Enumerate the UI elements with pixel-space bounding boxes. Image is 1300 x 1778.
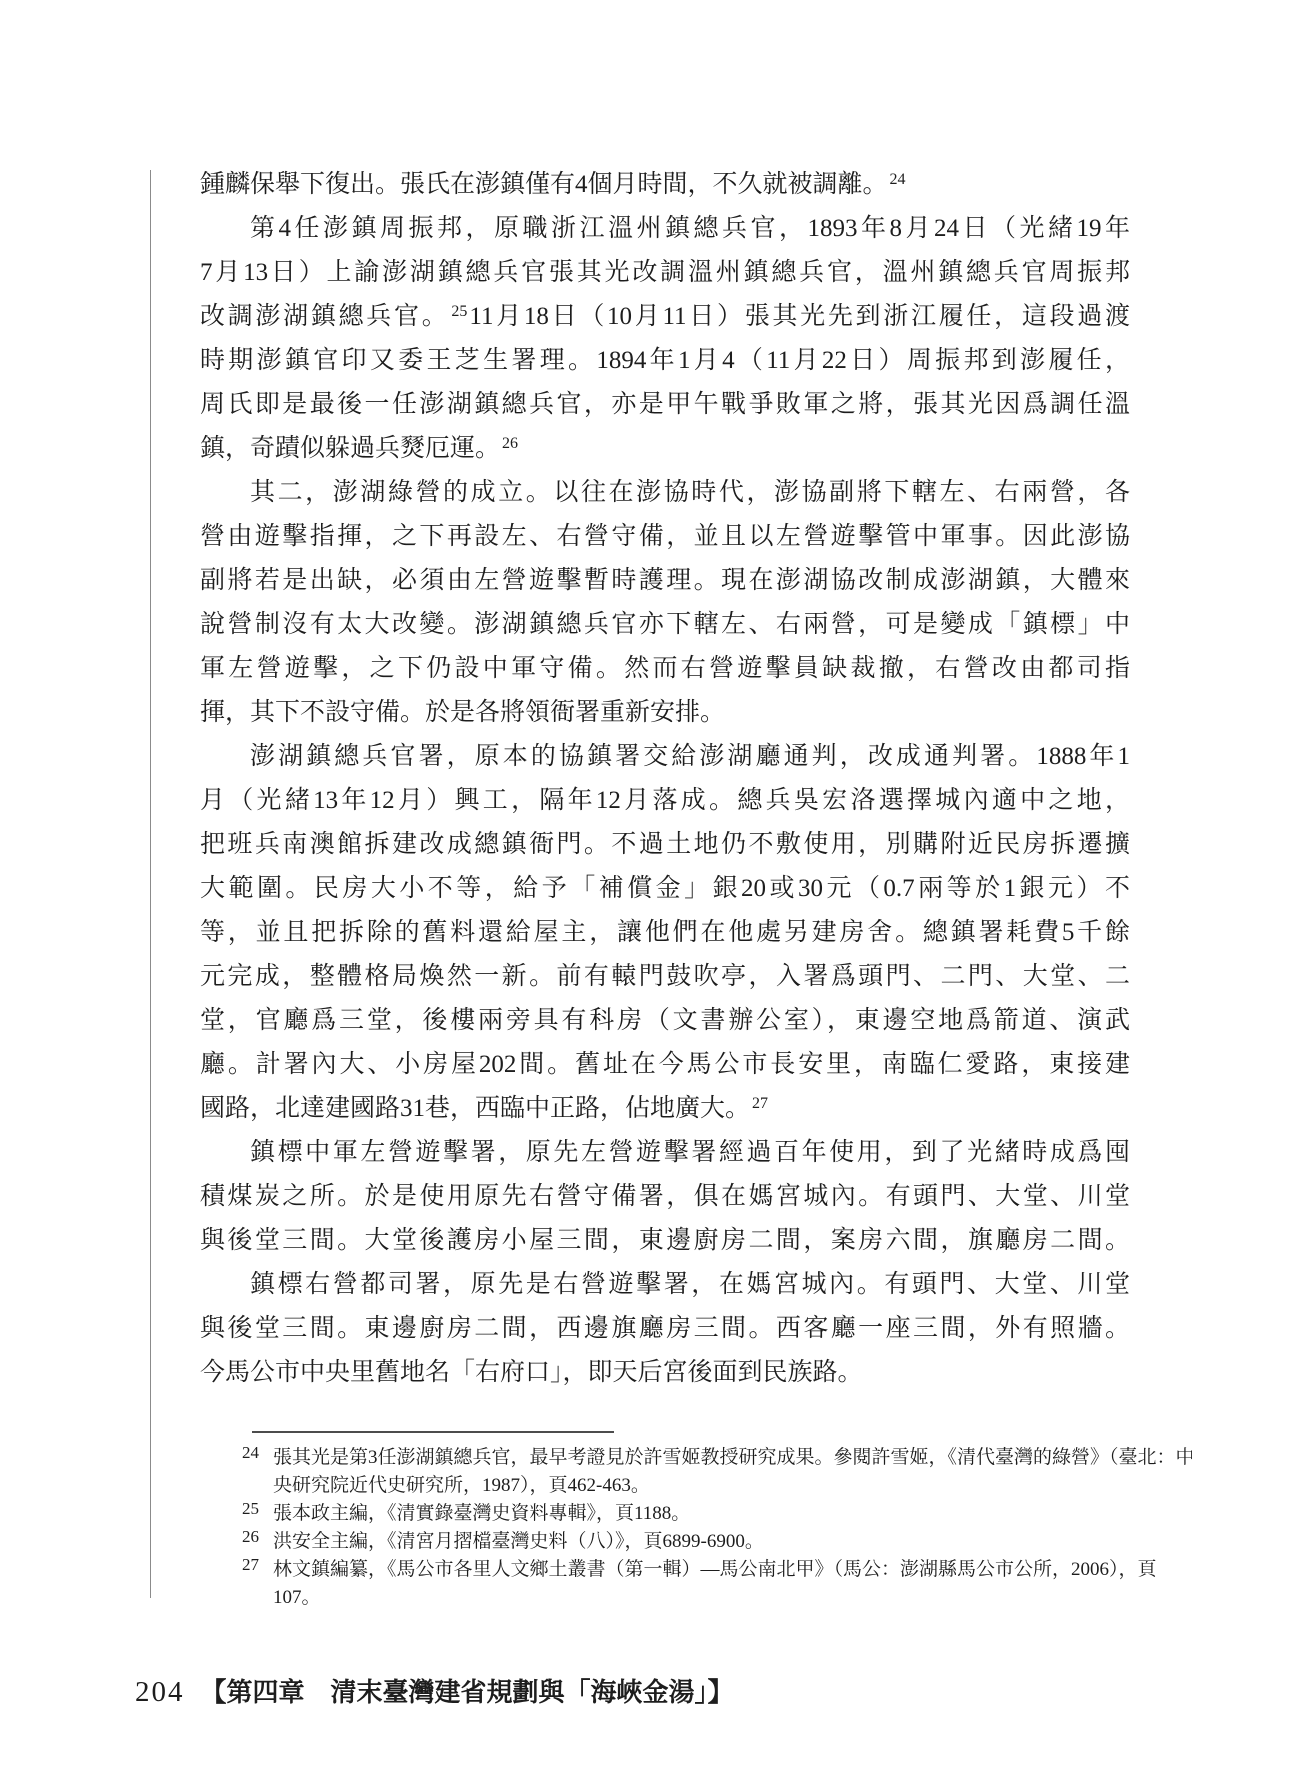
footnote-number: 24	[242, 1444, 273, 1467]
body-text-segment: 11月18日（10月11日）張其光先到浙江履任，這段過渡	[469, 303, 1130, 330]
footnote-ref: 25	[451, 303, 467, 320]
body-text-segment: 堂，官廳爲三堂，後樓兩旁具有科房（文書辦公室），東邊空地爲箭道、演武	[200, 1007, 1130, 1034]
body-text-line: 鍾麟保舉下復出。張氏在澎鎮僅有4個月時間，不久就被調離。24	[200, 163, 1130, 207]
body-text-line: 時期澎鎮官印又委王芝生署理。1894年1月4（11月22日）周振邦到澎履任，	[200, 339, 1130, 383]
footnote-text: 林文鎮編纂，《馬公市各里人文鄉土叢書（第一輯）—馬公南北甲》（馬公：澎湖縣馬公市…	[273, 1559, 1157, 1580]
body-text-line: 澎湖鎮總兵官署，原本的協鎮署交給澎湖廳通判，改成通判署。1888年1	[200, 735, 1130, 779]
footnote-number: 25	[242, 1500, 273, 1523]
footnote-line: 27林文鎮編纂，《馬公市各里人文鄉土叢書（第一輯）—馬公南北甲》（馬公：澎湖縣馬…	[242, 1556, 1192, 1584]
footnote-number: 27	[242, 1556, 273, 1579]
body-text-line: 說營制沒有太大改變。澎湖鎮總兵官亦下轄左、右兩營，可是變成「鎮標」中	[200, 603, 1130, 647]
body-text-segment: 鍾麟保舉下復出。張氏在澎鎮僅有4個月時間，不久就被調離。	[200, 171, 888, 198]
footnote-text: 洪安全主編，《清宮月摺檔臺灣史料（八）》，頁6899-6900。	[273, 1531, 764, 1552]
footnote-text: 張其光是第3任澎湖鎮總兵官，最早考證見於許雪姬教授研究成果。參閱許雪姬，《清代臺…	[273, 1447, 1192, 1468]
footnote-text: 張本政主編，《清實錄臺灣史資料專輯》，頁1188。	[273, 1503, 690, 1524]
body-text-line: 鎮，奇蹟似躲過兵燹厄運。26	[200, 427, 1130, 471]
body-text-line: 堂，官廳爲三堂，後樓兩旁具有科房（文書辦公室），東邊空地爲箭道、演武	[200, 999, 1130, 1043]
book-page: 鍾麟保舉下復出。張氏在澎鎮僅有4個月時間，不久就被調離。24第4任澎鎮周振邦，原…	[0, 0, 1300, 1778]
body-text-line: 周氏即是最後一任澎湖鎮總兵官，亦是甲午戰爭敗軍之將，張其光因爲調任溫	[200, 383, 1130, 427]
margin-rule	[150, 170, 151, 1598]
body-text-line: 元完成，整體格局煥然一新。前有轅門鼓吹亭，入署爲頭門、二門、大堂、二	[200, 955, 1130, 999]
body-text-segment: 今馬公市中央里舊地名「右府口」，即天后宮後面到民族路。	[200, 1359, 863, 1386]
body-text-segment: 廳。計署內大、小房屋202間。舊址在今馬公市長安里，南臨仁愛路，東接建	[200, 1051, 1130, 1078]
body-text-segment: 鎮標右營都司署，原先是右營遊擊署，在媽宮城內。有頭門、大堂、川堂	[250, 1271, 1130, 1298]
body-text-segment: 其二，澎湖綠營的成立。以往在澎協時代，澎協副將下轄左、右兩營，各	[250, 479, 1130, 506]
body-text-line: 與後堂三間。東邊廚房二間，西邊旗廳房三間。西客廳一座三間，外有照牆。	[200, 1307, 1130, 1351]
body-text-line: 國路，北達建國路31巷，西臨中正路，佔地廣大。27	[200, 1087, 1130, 1131]
body-text-line: 積煤炭之所。於是使用原先右營守備署，俱在媽宮城內。有頭門、大堂、川堂	[200, 1175, 1130, 1219]
body-text-line: 軍左營遊擊，之下仍設中軍守備。然而右營遊擊員缺裁撤，右營改由都司指	[200, 647, 1130, 691]
body-text-segment: 揮，其下不設守備。於是各將領衙署重新安排。	[200, 699, 725, 726]
body-text-segment: 月（光緒13年12月）興工，隔年12月落成。總兵吳宏洛選擇城內適中之地，	[200, 787, 1130, 814]
body-text-segment: 說營制沒有太大改變。澎湖鎮總兵官亦下轄左、右兩營，可是變成「鎮標」中	[200, 611, 1130, 638]
body-text-segment: 第4任澎鎮周振邦，原職浙江溫州鎮總兵官，1893年8月24日（光緒19年	[250, 215, 1130, 242]
footnotes: 24張其光是第3任澎湖鎮總兵官，最早考證見於許雪姬教授研究成果。參閱許雪姬，《清…	[242, 1444, 1192, 1612]
footnote-separator	[252, 1431, 614, 1433]
body-text-segment: 積煤炭之所。於是使用原先右營守備署，俱在媽宮城內。有頭門、大堂、川堂	[200, 1183, 1130, 1210]
footnote-ref: 26	[502, 435, 518, 452]
footnote-line: 24張其光是第3任澎湖鎮總兵官，最早考證見於許雪姬教授研究成果。參閱許雪姬，《清…	[242, 1444, 1192, 1472]
chapter-title: 【第四章 清末臺灣建省規劃與「海峽金湯」】	[201, 1678, 734, 1707]
body-text-line: 等，並且把拆除的舊料還給屋主，讓他們在他處另建房舍。總鎮署耗費5千餘	[200, 911, 1130, 955]
body-text-segment: 營由遊擊指揮，之下再設左、右營守備，並且以左營遊擊管中軍事。因此澎協	[200, 523, 1130, 550]
page-footer: 204【第四章 清末臺灣建省規劃與「海峽金湯」】	[135, 1672, 734, 1709]
footnote-line: 107。	[242, 1584, 1192, 1612]
body-text-segment: 鎮標中軍左營遊擊署，原先左營遊擊署經過百年使用，到了光緒時成爲囤	[250, 1139, 1130, 1166]
body-text-line: 其二，澎湖綠營的成立。以往在澎協時代，澎協副將下轄左、右兩營，各	[200, 471, 1130, 515]
body-text-line: 7月13日）上諭澎湖鎮總兵官張其光改調溫州鎮總兵官，溫州鎮總兵官周振邦	[200, 251, 1130, 295]
body-text-segment: 與後堂三間。大堂後護房小屋三間，東邊廚房二間，案房六間，旗廳房二間。	[200, 1227, 1130, 1254]
body-text-line: 把班兵南澳館拆建改成總鎮衙門。不過土地仍不敷使用，別購附近民房拆遷擴	[200, 823, 1130, 867]
footnote-line: 25張本政主編，《清實錄臺灣史資料專輯》，頁1188。	[242, 1500, 1192, 1528]
footnote-ref: 27	[752, 1095, 768, 1112]
body-text-segment: 改調澎湖鎮總兵官。	[200, 303, 449, 330]
body-text-segment: 時期澎鎮官印又委王芝生署理。1894年1月4（11月22日）周振邦到澎履任，	[200, 347, 1130, 374]
body-text-segment: 7月13日）上諭澎湖鎮總兵官張其光改調溫州鎮總兵官，溫州鎮總兵官周振邦	[200, 259, 1130, 286]
footnote-text: 央研究院近代史研究所，1987），頁462-463。	[273, 1475, 650, 1496]
footnote-line: 央研究院近代史研究所，1987），頁462-463。	[242, 1472, 1192, 1500]
body-text: 鍾麟保舉下復出。張氏在澎鎮僅有4個月時間，不久就被調離。24第4任澎鎮周振邦，原…	[200, 163, 1130, 1395]
body-text-segment: 鎮，奇蹟似躲過兵燹厄運。	[200, 435, 500, 462]
footnote-number: 26	[242, 1528, 273, 1551]
body-text-segment: 把班兵南澳館拆建改成總鎮衙門。不過土地仍不敷使用，別購附近民房拆遷擴	[200, 831, 1130, 858]
body-text-line: 今馬公市中央里舊地名「右府口」，即天后宮後面到民族路。	[200, 1351, 1130, 1395]
body-text-line: 月（光緒13年12月）興工，隔年12月落成。總兵吳宏洛選擇城內適中之地，	[200, 779, 1130, 823]
body-text-segment: 軍左營遊擊，之下仍設中軍守備。然而右營遊擊員缺裁撤，右營改由都司指	[200, 655, 1130, 682]
body-text-line: 廳。計署內大、小房屋202間。舊址在今馬公市長安里，南臨仁愛路，東接建	[200, 1043, 1130, 1087]
body-text-segment: 大範圍。民房大小不等，給予「補償金」銀20或30元（0.7兩等於1銀元）不	[200, 875, 1130, 902]
footnote-text: 107。	[273, 1587, 321, 1608]
body-text-line: 營由遊擊指揮，之下再設左、右營守備，並且以左營遊擊管中軍事。因此澎協	[200, 515, 1130, 559]
body-text-segment: 副將若是出缺，必須由左營遊擊暫時護理。現在澎湖協改制成澎湖鎮，大體來	[200, 567, 1130, 594]
body-text-segment: 等，並且把拆除的舊料還給屋主，讓他們在他處另建房舍。總鎮署耗費5千餘	[200, 919, 1130, 946]
body-text-line: 鎮標中軍左營遊擊署，原先左營遊擊署經過百年使用，到了光緒時成爲囤	[200, 1131, 1130, 1175]
body-text-line: 副將若是出缺，必須由左營遊擊暫時護理。現在澎湖協改制成澎湖鎮，大體來	[200, 559, 1130, 603]
page-number: 204	[135, 1676, 185, 1708]
body-text-line: 大範圍。民房大小不等，給予「補償金」銀20或30元（0.7兩等於1銀元）不	[200, 867, 1130, 911]
body-text-line: 改調澎湖鎮總兵官。2511月18日（10月11日）張其光先到浙江履任，這段過渡	[200, 295, 1130, 339]
body-text-segment: 元完成，整體格局煥然一新。前有轅門鼓吹亭，入署爲頭門、二門、大堂、二	[200, 963, 1130, 990]
body-text-line: 與後堂三間。大堂後護房小屋三間，東邊廚房二間，案房六間，旗廳房二間。	[200, 1219, 1130, 1263]
body-text-segment: 澎湖鎮總兵官署，原本的協鎮署交給澎湖廳通判，改成通判署。1888年1	[250, 743, 1130, 770]
body-text-line: 揮，其下不設守備。於是各將領衙署重新安排。	[200, 691, 1130, 735]
footnote-line: 26洪安全主編，《清宮月摺檔臺灣史料（八）》，頁6899-6900。	[242, 1528, 1192, 1556]
body-text-line: 第4任澎鎮周振邦，原職浙江溫州鎮總兵官，1893年8月24日（光緒19年	[200, 207, 1130, 251]
body-text-line: 鎮標右營都司署，原先是右營遊擊署，在媽宮城內。有頭門、大堂、川堂	[200, 1263, 1130, 1307]
footnote-ref: 24	[890, 171, 906, 188]
body-text-segment: 國路，北達建國路31巷，西臨中正路，佔地廣大。	[200, 1095, 750, 1122]
body-text-segment: 周氏即是最後一任澎湖鎮總兵官，亦是甲午戰爭敗軍之將，張其光因爲調任溫	[200, 391, 1130, 418]
body-text-segment: 與後堂三間。東邊廚房二間，西邊旗廳房三間。西客廳一座三間，外有照牆。	[200, 1315, 1130, 1342]
